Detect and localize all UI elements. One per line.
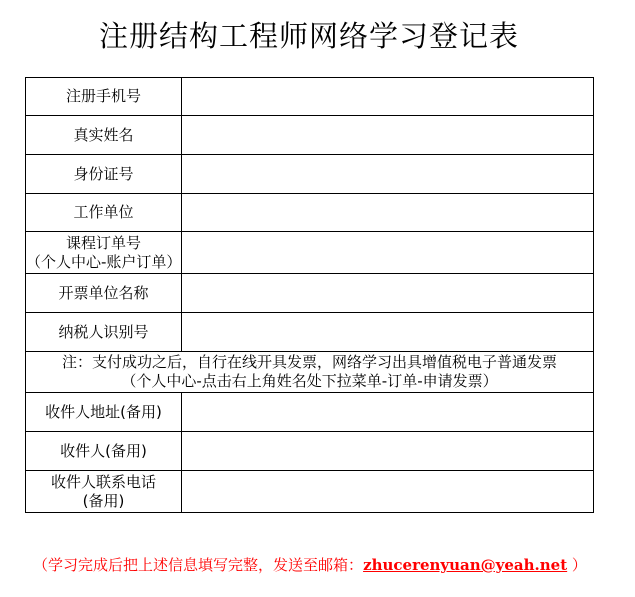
field-recipient[interactable] [182, 432, 594, 471]
field-recipient-phone[interactable] [182, 471, 594, 513]
form-row-recipient: 收件人(备用) [26, 432, 594, 471]
label-real-name: 真实姓名 [26, 116, 182, 155]
label-employer: 工作单位 [26, 194, 182, 232]
field-employer[interactable] [182, 194, 594, 232]
form-row-recipient-phone: 收件人联系电话 (备用) [26, 471, 594, 513]
form-row-note: 注：支付成功之后，自行在线开具发票，网络学习出具增值税电子普通发票 （个人中心-… [26, 352, 594, 393]
form-row-phone: 注册手机号 [26, 78, 594, 116]
label-id-number: 身份证号 [26, 155, 182, 194]
form-row-recipient-address: 收件人地址(备用) [26, 393, 594, 432]
submission-instructions: （学习完成后把上述信息填写完整，发送至邮箱：zhucerenyuan@yeah.… [0, 554, 620, 575]
field-order-number[interactable] [182, 232, 594, 274]
label-phone: 注册手机号 [26, 78, 182, 116]
form-row-real-name: 真实姓名 [26, 116, 594, 155]
field-invoice-company[interactable] [182, 274, 594, 313]
field-tax-id[interactable] [182, 313, 594, 352]
label-order-number: 课程订单号 （个人中心-账户订单） [26, 232, 182, 274]
field-id-number[interactable] [182, 155, 594, 194]
label-tax-id: 纳税人识别号 [26, 313, 182, 352]
label-recipient-phone-main: 收件人联系电话 [26, 473, 181, 492]
form-row-employer: 工作单位 [26, 194, 594, 232]
field-real-name[interactable] [182, 116, 594, 155]
invoice-note-line2: （个人中心-点击右上角姓名处下拉菜单-订单-申请发票） [26, 372, 593, 391]
label-invoice-company: 开票单位名称 [26, 274, 182, 313]
invoice-note-line1: 注：支付成功之后，自行在线开具发票，网络学习出具增值税电子普通发票 [26, 353, 593, 372]
registration-form-table: 注册手机号 真实姓名 身份证号 工作单位 课程订单号 （个人中心-账户订单） 开… [25, 77, 594, 513]
label-recipient-phone: 收件人联系电话 (备用) [26, 471, 182, 513]
label-recipient-address: 收件人地址(备用) [26, 393, 182, 432]
page-title: 注册结构工程师网络学习登记表 [0, 14, 618, 55]
label-order-number-main: 课程订单号 [26, 234, 181, 253]
label-recipient-phone-sub: (备用) [26, 492, 181, 511]
form-row-tax-id: 纳税人识别号 [26, 313, 594, 352]
instructions-prefix: （学习完成后把上述信息填写完整，发送至邮箱： [33, 556, 363, 574]
instructions-suffix: ） [567, 556, 587, 574]
field-phone[interactable] [182, 78, 594, 116]
label-order-number-sub: （个人中心-账户订单） [26, 253, 181, 272]
label-recipient: 收件人(备用) [26, 432, 182, 471]
form-row-id-number: 身份证号 [26, 155, 594, 194]
form-row-invoice-company: 开票单位名称 [26, 274, 594, 313]
invoice-note: 注：支付成功之后，自行在线开具发票，网络学习出具增值税电子普通发票 （个人中心-… [26, 352, 594, 393]
field-recipient-address[interactable] [182, 393, 594, 432]
email-link[interactable]: zhucerenyuan@yeah.net [363, 556, 567, 574]
form-row-order-number: 课程订单号 （个人中心-账户订单） [26, 232, 594, 274]
